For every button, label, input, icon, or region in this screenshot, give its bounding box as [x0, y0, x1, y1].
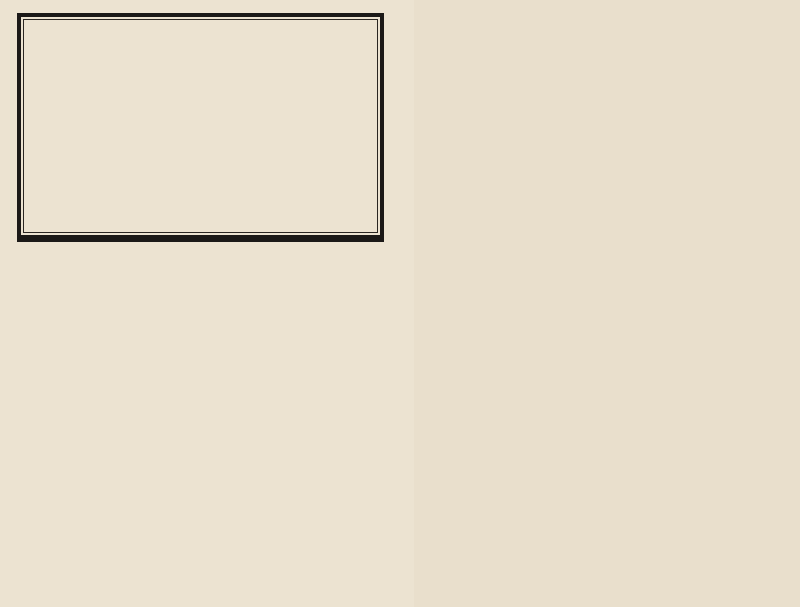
top-border-left-a: [17, 13, 189, 17]
top-border-left-b: [212, 13, 384, 17]
